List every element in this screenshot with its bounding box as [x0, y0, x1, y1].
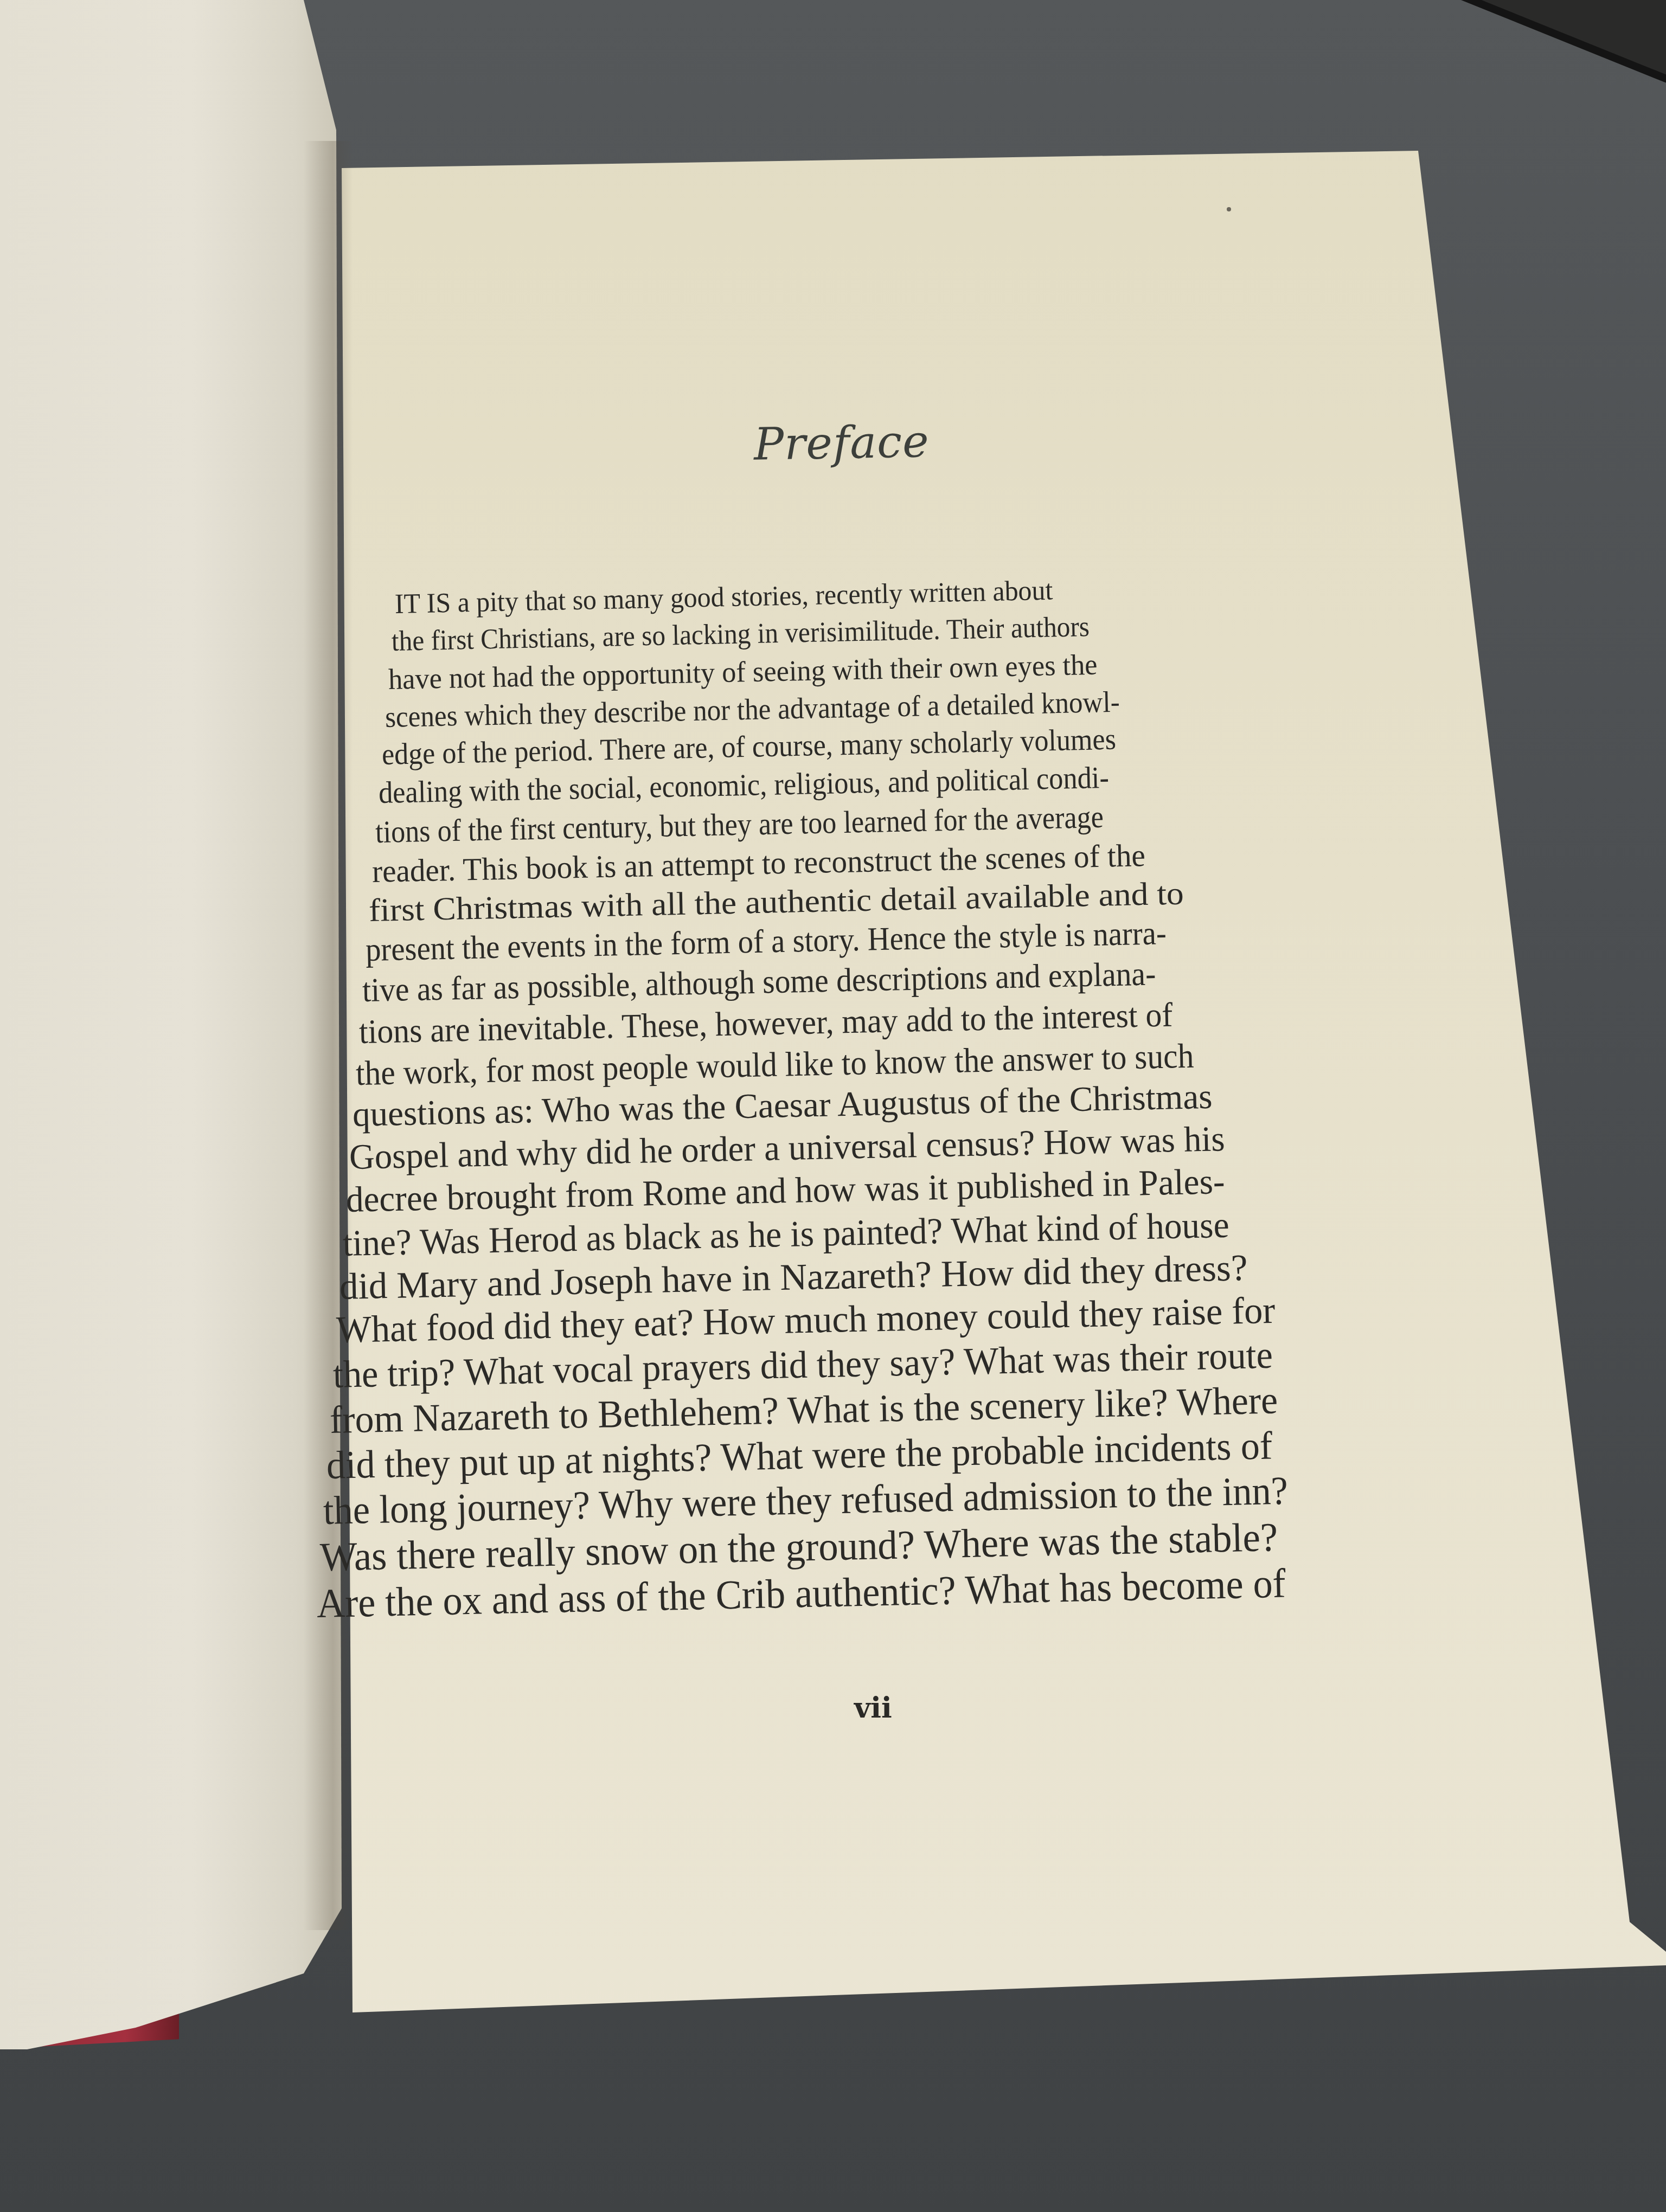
page-title: Preface: [753, 416, 930, 471]
paper-speck: [1227, 207, 1231, 211]
page-content: Preface IT IS a pity that so many good s…: [0, 0, 1666, 2212]
page-number: vii: [854, 1692, 892, 1725]
